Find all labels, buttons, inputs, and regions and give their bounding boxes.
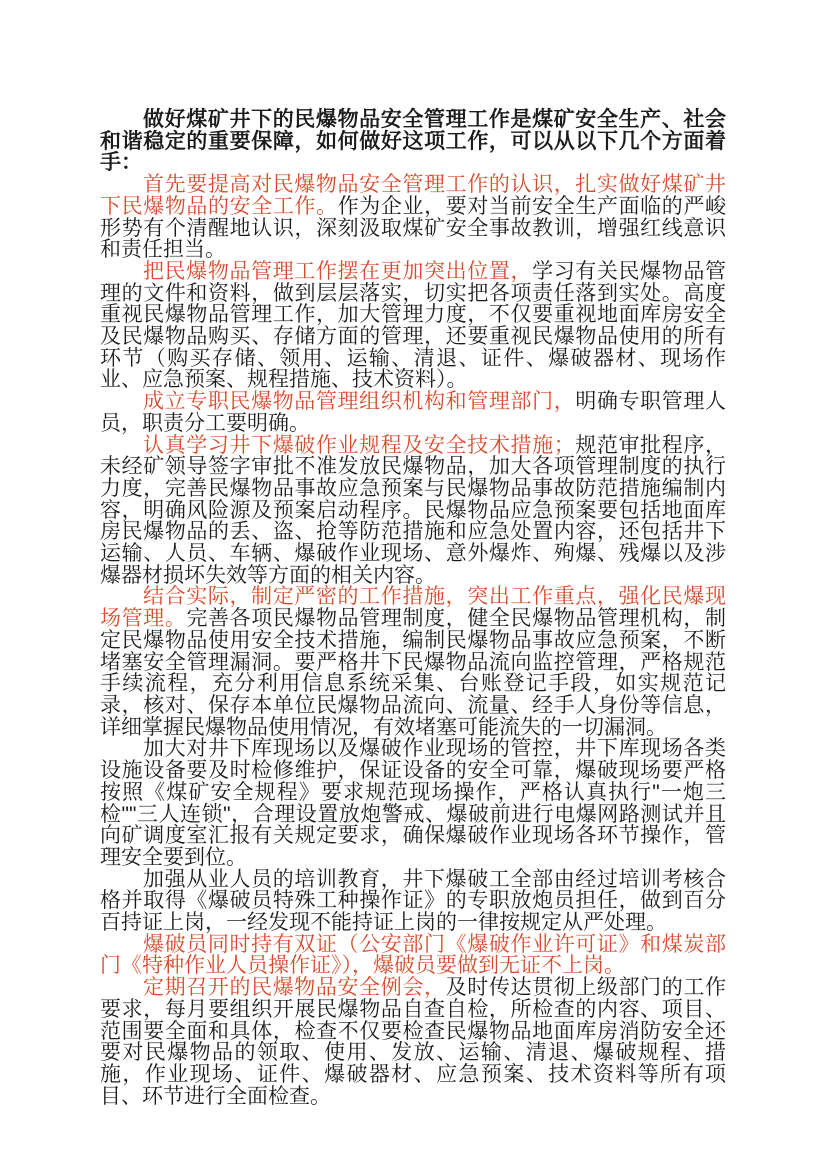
paragraph: 首先要提高对民爆物品安全管理工作的认识，扎实做好煤矿井下民爆物品的安全工作。作为… [100, 174, 726, 261]
body-text-run: 加强从业人员的培训教育，井下爆破工全部由经过培训考核合格并取得《爆破员特殊工种操… [100, 868, 726, 934]
paragraph: 做好煤矿井下的民爆物品安全管理工作是煤矿安全生产、社会和谐稳定的重要保障，如何做… [100, 109, 726, 174]
emphasis-text-run: 成立专职民爆物品管理组织机构和管理部门， [143, 390, 575, 413]
paragraph: 把民爆物品管理工作摆在更加突出位置，学习有关民爆物品管理的文件和资料，做到层层落… [100, 261, 726, 391]
body-text-run: 做好煤矿井下的民爆物品安全管理工作是煤矿安全生产、社会和谐稳定的重要保障，如何做… [100, 108, 726, 174]
emphasis-text-run: 认真学习井下爆破作业规程及安全技术措施； [143, 434, 575, 457]
paragraph: 加强从业人员的培训教育，井下爆破工全部由经过培训考核合格并取得《爆破员特殊工种操… [100, 869, 726, 934]
body-text-run: 加大对井下库现场以及爆破作业现场的管控，井下库现场各类设施设备要及时检修维护，保… [100, 737, 726, 869]
paragraph: 定期召开的民爆物品安全例会，及时传达贯彻上级部门的工作要求，每月要组织开展民爆物… [100, 977, 726, 1107]
emphasis-text-run: 爆破员同时持有双证（公安部门《爆破作业许可证》和煤炭部门《特种作业人员操作证》）… [100, 933, 726, 978]
document-page: 做好煤矿井下的民爆物品安全管理工作是煤矿安全生产、社会和谐稳定的重要保障，如何做… [0, 0, 826, 1169]
body-text-run: 完善各项民爆物品管理制度，健全民爆物品管理机构，制定民爆物品使用安全技术措施，编… [100, 607, 726, 739]
paragraph: 结合实际，制定严密的工作措施，突出工作重点，强化民爆现场管理。完善各项民爆物品管… [100, 586, 726, 738]
paragraph: 认真学习井下爆破作业规程及安全技术措施；规范审批程序，未经矿领导签字审批不准发放… [100, 435, 726, 587]
paragraph: 爆破员同时持有双证（公安部门《爆破作业许可证》和煤炭部门《特种作业人员操作证》）… [100, 934, 726, 977]
document-body: 做好煤矿井下的民爆物品安全管理工作是煤矿安全生产、社会和谐稳定的重要保障，如何做… [100, 109, 726, 1107]
paragraph: 加大对井下库现场以及爆破作业现场的管控，井下库现场各类设施设备要及时检修维护，保… [100, 738, 726, 868]
body-text-run: 规范审批程序，未经矿领导签字审批不准发放民爆物品，加大各项管理制度的执行力度，完… [100, 434, 726, 587]
emphasis-text-run: 定期召开的民爆物品安全例会， [143, 976, 446, 999]
paragraph: 成立专职民爆物品管理组织机构和管理部门，明确专职管理人员，职责分工要明确。 [100, 391, 726, 434]
emphasis-text-run: 把民爆物品管理工作摆在更加突出位置， [143, 260, 532, 283]
